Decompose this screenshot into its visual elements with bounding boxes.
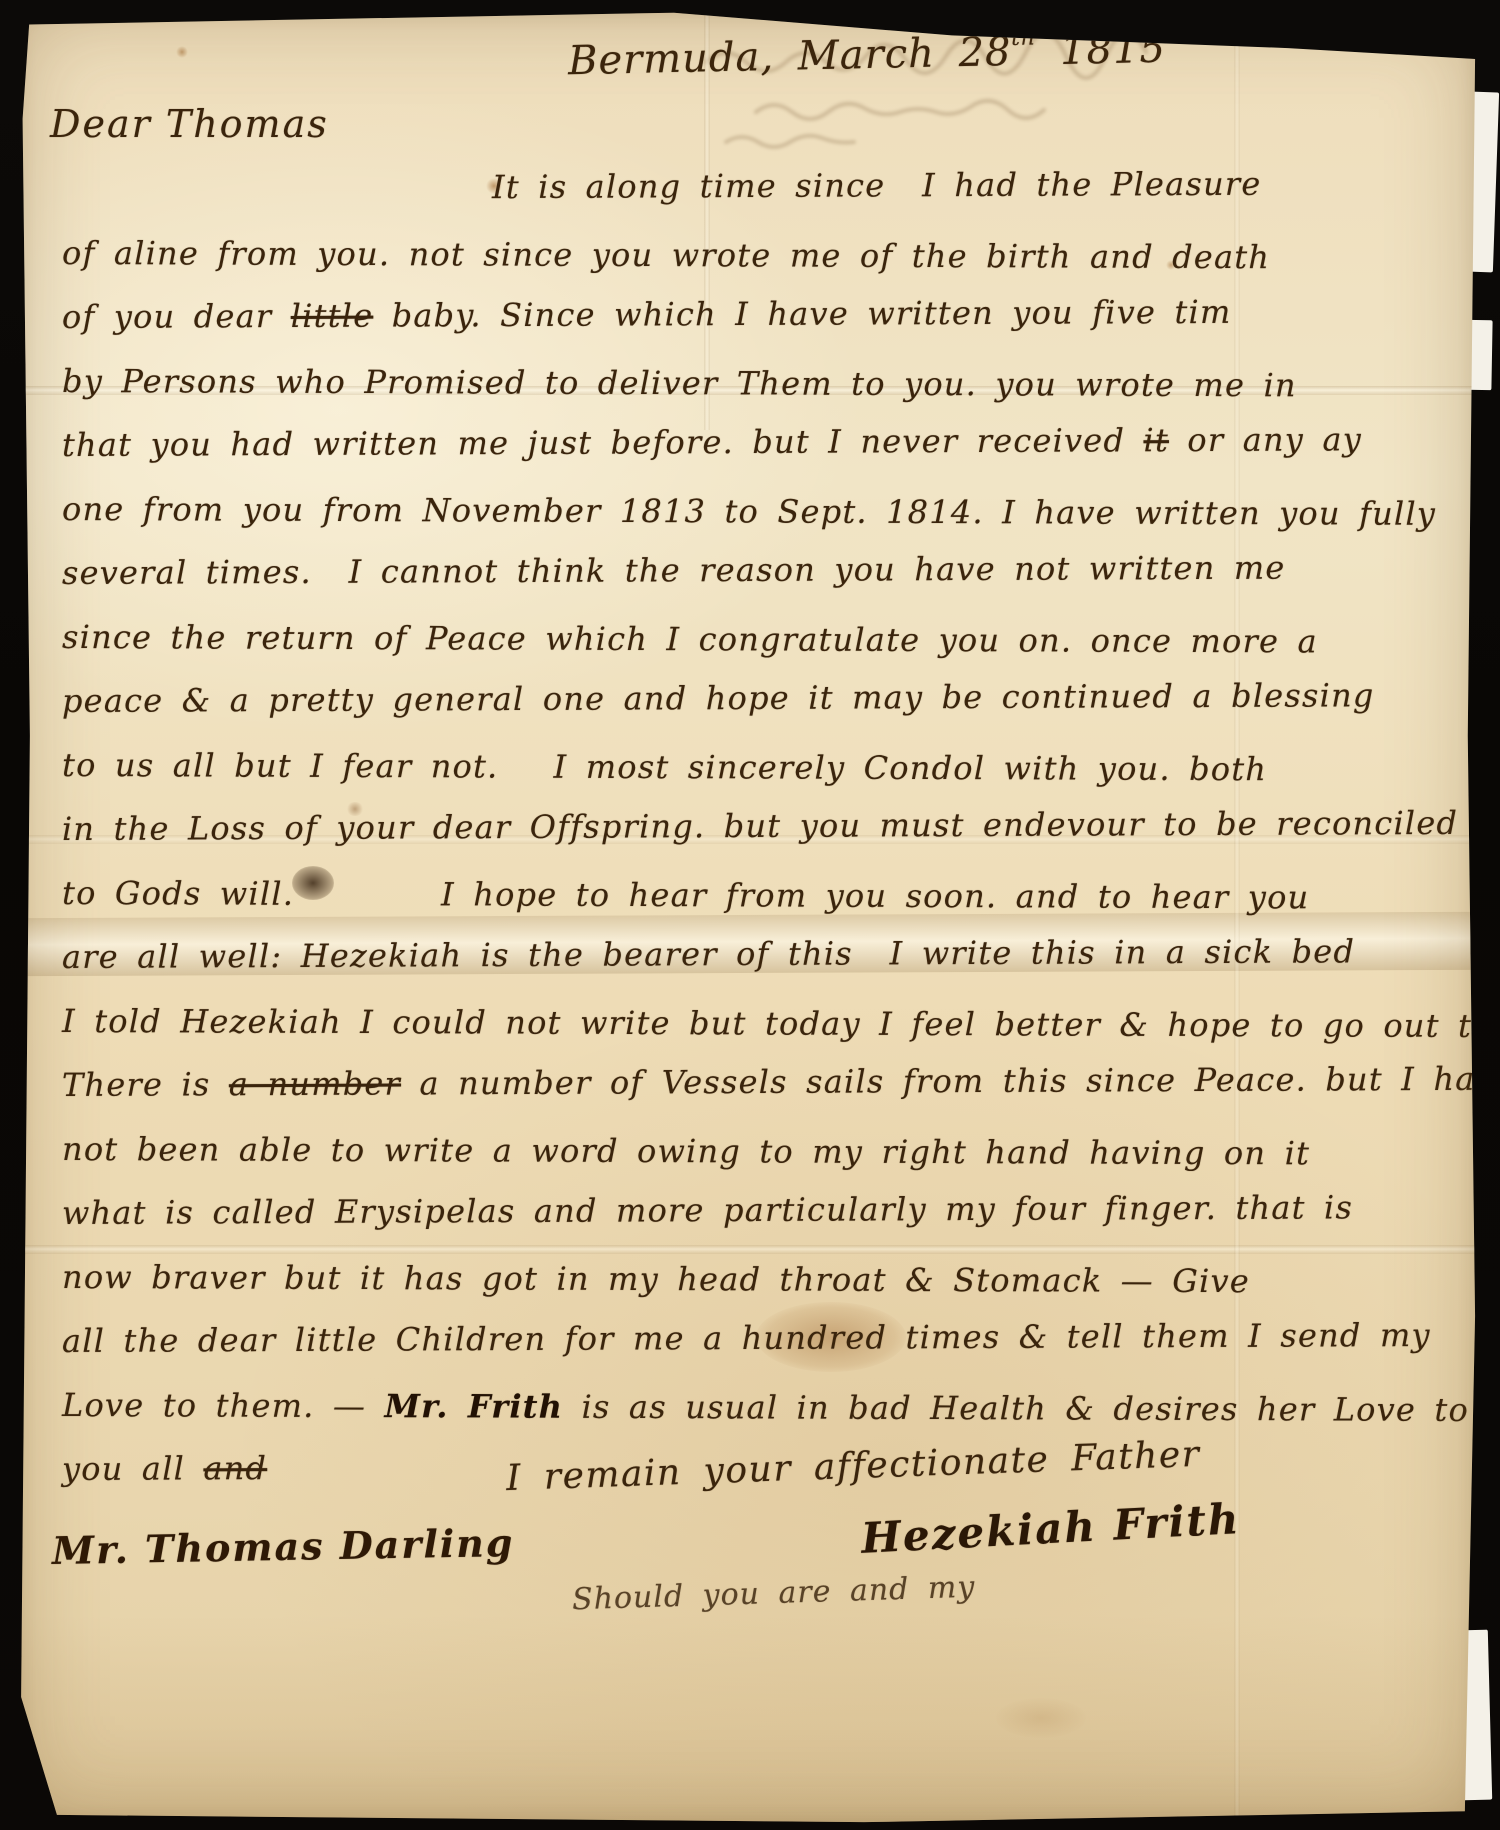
letter-text: that you had written me just before. but…: [62, 421, 1144, 464]
letter-line: of you dear little baby. Since which I h…: [62, 292, 1456, 362]
dateline-month-day: March 28: [797, 29, 1012, 79]
fox-spot: [996, 1698, 1086, 1738]
addressee-line: Mr. Thomas Darling: [52, 1520, 515, 1573]
letter-text: There is: [62, 1065, 229, 1104]
letter-text: of you dear: [62, 297, 291, 336]
letter-text: to Gods will. I hope to hear from you so…: [62, 874, 1309, 916]
struck-word: little: [291, 297, 374, 335]
struck-word: it: [1143, 421, 1169, 459]
letter-text: or any ay: [1169, 420, 1362, 459]
letter-text: now braver but it has got in my head thr…: [62, 1258, 1250, 1300]
letter-text: by Persons who Promised to deliver Them …: [62, 362, 1297, 404]
letter-text: baby. Since which I have written you fiv…: [373, 293, 1231, 335]
letter-body: It is along time since I had the Pleasur…: [62, 170, 1456, 1514]
letter-line: are all well: Hezekiah is the bearer of …: [62, 932, 1456, 1002]
letter-text: I told Hezekiah I could not write but to…: [62, 1002, 1478, 1045]
paper-shading: [16, 1614, 1478, 1824]
letter-line: what is called Erysipelas and more parti…: [62, 1188, 1456, 1258]
letter-text: a number of Vessels sails from this sinc…: [401, 1060, 1478, 1103]
letter-text: since the return of Peace which I congra…: [62, 618, 1318, 660]
letter-text: are all well: Hezekiah is the bearer of …: [62, 932, 1355, 976]
letter-text: Mr. Frith: [384, 1387, 563, 1426]
fox-spot: [176, 46, 188, 58]
letter-page: Bermuda, March 28th 1815 Dear Thomas It …: [16, 10, 1478, 1824]
letter-text: one from you from November 1813 to Sept.…: [62, 490, 1436, 533]
struck-word: and: [203, 1449, 267, 1487]
letter-line: in the Loss of your dear Offspring. but …: [62, 804, 1456, 874]
dateline-year: 1815: [1060, 26, 1167, 74]
letter-line: all the dear little Children for me a hu…: [62, 1316, 1456, 1386]
letter-text: all the dear little Children for me a hu…: [62, 1316, 1431, 1360]
dateline: Bermuda, March 28th 1815: [568, 26, 1167, 85]
letter-line: several times. I cannot think the reason…: [62, 548, 1456, 618]
letter-text: several times. I cannot think the reason…: [62, 549, 1286, 592]
letter-text: what is called Erysipelas and more parti…: [62, 1188, 1353, 1232]
letter-text: in the Loss of your dear Offspring. but …: [62, 804, 1458, 848]
letter-text: you all: [62, 1449, 204, 1488]
letter-text: to us all but I fear not. I most sincere…: [62, 746, 1267, 788]
salutation: Dear Thomas: [50, 102, 329, 146]
letter-text: peace & a pretty general one and hope it…: [62, 676, 1375, 720]
letter-text: Love to them. —: [62, 1386, 385, 1425]
photo-stage: Bermuda, March 28th 1815 Dear Thomas It …: [0, 0, 1500, 1830]
dateline-ordinal: th: [1011, 25, 1037, 51]
letter-text: of aline from you. not since you wrote m…: [62, 234, 1270, 276]
postscript-fragment: Should you are and my: [572, 1570, 976, 1618]
dateline-place: Bermuda,: [568, 34, 775, 84]
letter-line: that you had written me just before. but…: [62, 420, 1456, 490]
letter-text: not been able to write a word owing to m…: [62, 1130, 1310, 1172]
letter-line: There is a number a number of Vessels sa…: [62, 1060, 1456, 1130]
letter-line: It is along time since I had the Pleasur…: [62, 164, 1456, 234]
letter-text: is as usual in bad Health & desires her …: [563, 1388, 1469, 1429]
letter-text: It is along time since I had the Pleasur…: [492, 165, 1262, 206]
struck-word: a number: [229, 1065, 401, 1104]
letter-line: peace & a pretty general one and hope it…: [62, 676, 1456, 746]
